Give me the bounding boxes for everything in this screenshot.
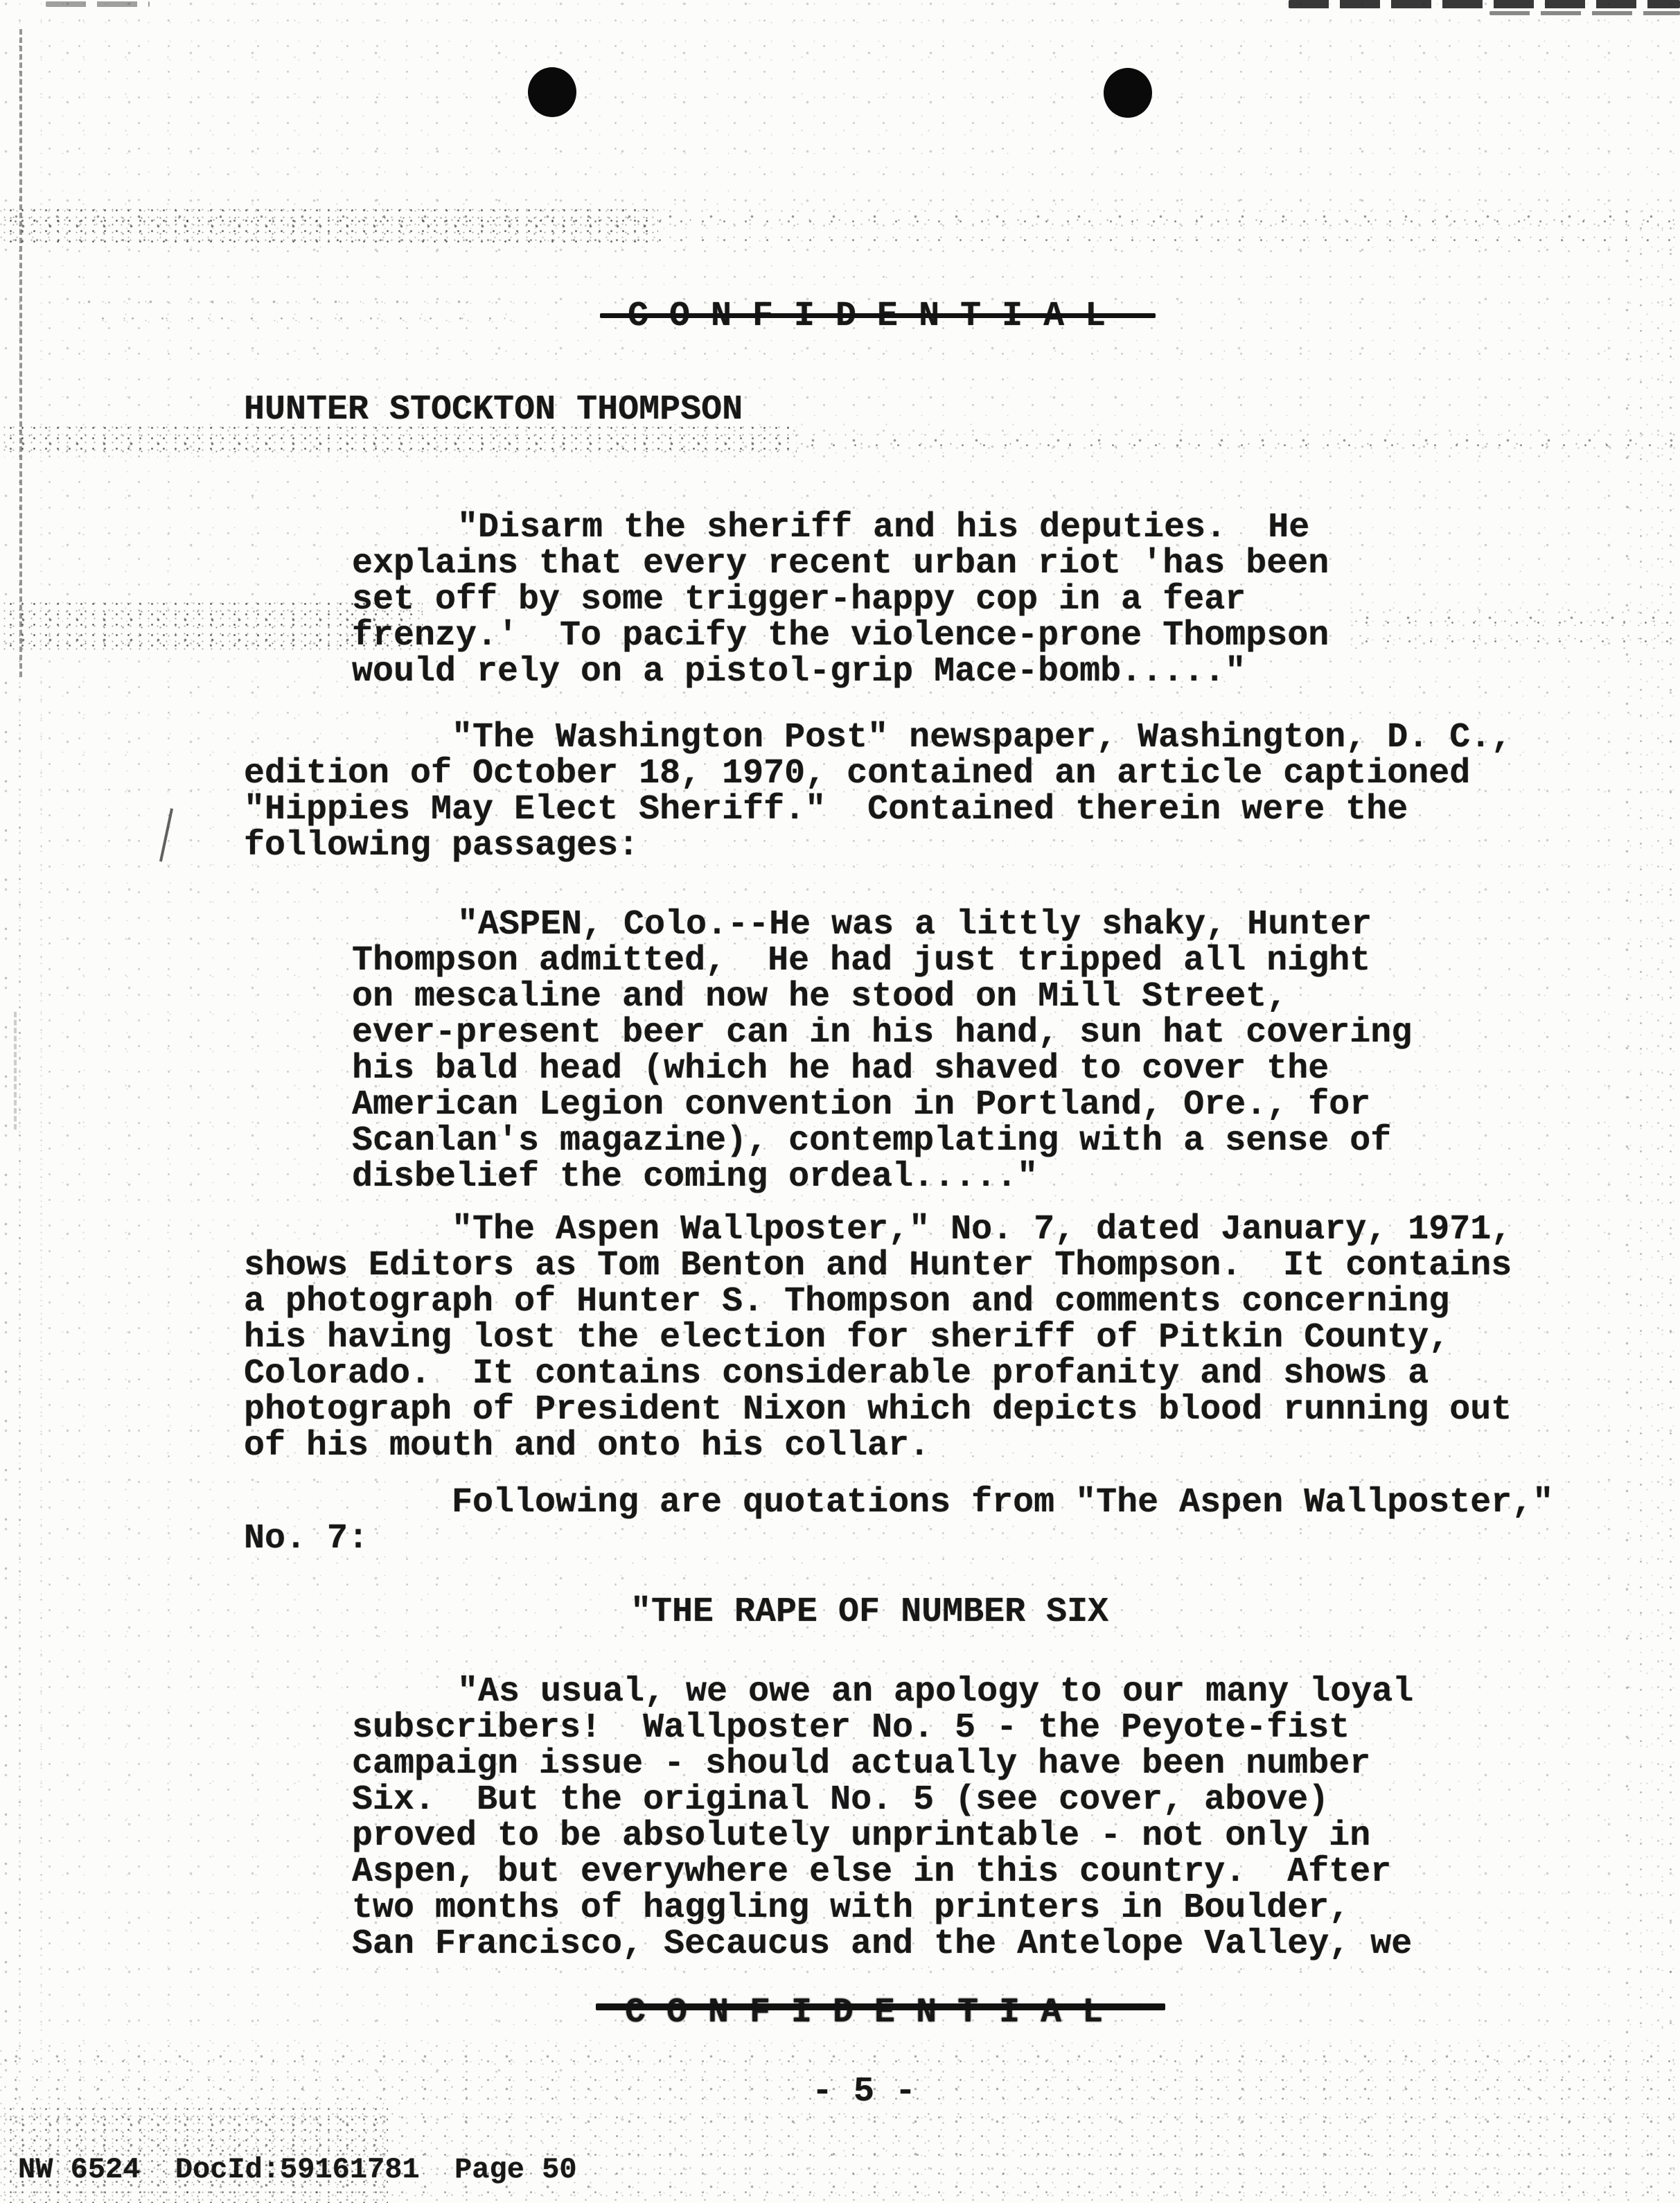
classification-footer: C O N F I D E N T I A L (625, 1995, 1103, 2031)
strikethrough-line-top (600, 313, 1156, 318)
paragraph-wallposter: "The Aspen Wallposter," No. 7, dated Jan… (244, 1212, 1512, 1464)
margin-dashed-line-2 (14, 1012, 17, 1130)
paragraph-following-quotations: Following are quotations from "The Aspen… (244, 1485, 1553, 1557)
smudge-band-upper-left (0, 208, 658, 243)
punch-hole-left (528, 67, 576, 117)
document-title: HUNTER STOCKTON THOMPSON (244, 392, 743, 428)
smudge-band-upper (0, 204, 1680, 245)
smudge-left-column (0, 679, 48, 2065)
punch-hole-right (1104, 68, 1152, 118)
smudge-confidential-left (83, 298, 513, 336)
margin-dashed-line (19, 29, 22, 677)
smudge-right-column (1621, 208, 1680, 2044)
scanned-document-page: C O N F I D E N T I A L HUNTER STOCKTON … (0, 0, 1680, 2203)
blockquote-aspen: "ASPEN, Colo.--He was a littly shaky, Hu… (352, 907, 1412, 1195)
smudge-band-title-right (797, 428, 1680, 456)
scan-streak-top-right (1289, 0, 1680, 8)
pen-slash-mark (159, 808, 173, 861)
document-footer-id: NW 6524 DocId:59161781 Page 50 (18, 2154, 577, 2186)
page-number: - 5 - (812, 2074, 916, 2110)
paragraph-washington-post: "The Washington Post" newspaper, Washing… (244, 720, 1512, 864)
blockquote-as-usual: "As usual, we owe an apology to our many… (352, 1674, 1413, 1963)
strikethrough-line-bottom (596, 2003, 1165, 2010)
smudge-band-title (0, 425, 797, 457)
smudge-band-frenzy-right (1351, 606, 1680, 649)
scan-streak-top-right-2 (1489, 11, 1680, 15)
subheading-rape-of-number-six: "THE RAPE OF NUMBER SIX (630, 1595, 1108, 1631)
scan-streak-top-left (46, 1, 150, 7)
blockquote-disarm: "Disarm the sheriff and his deputies. He… (352, 510, 1329, 690)
